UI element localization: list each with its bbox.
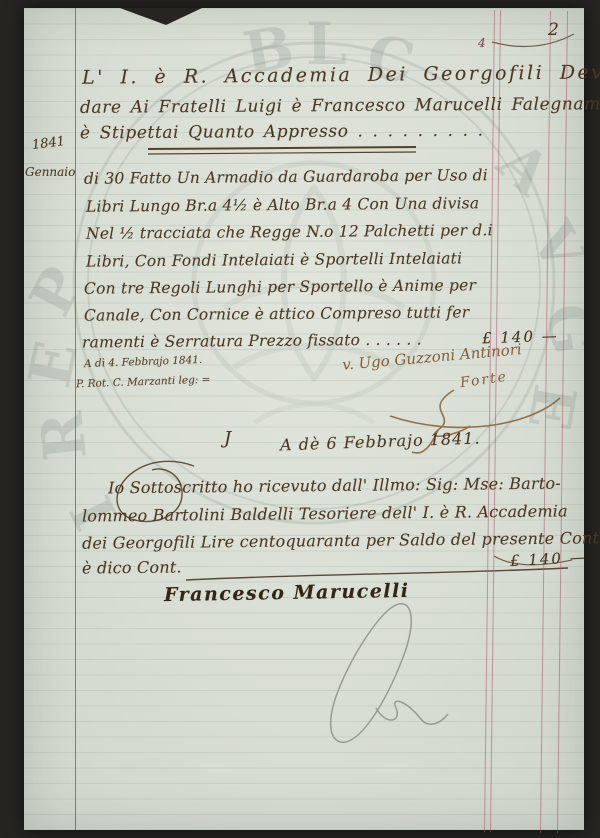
scanned-document: B L C A V G E P E R I: [0, 0, 600, 838]
margin-month: Gennaio: [25, 165, 75, 179]
paragraph-mark: J: [224, 428, 231, 449]
entry-line-4: Libri, Con Fondi Intelaiati è Sportelli …: [86, 249, 462, 270]
entry-line-7: ramenti è Serratura Prezzo fissato . . .…: [82, 331, 422, 352]
corner-mark: 4: [478, 36, 486, 50]
entry-line-3: Nel ½ tracciata che Regge N.o 12 Palchet…: [86, 221, 493, 243]
header-line-3: è Stipettai Quanto Appresso . . . . . . …: [80, 121, 484, 144]
header-line-2: dare Ai Fratelli Luigi è Francesco Maruc…: [80, 94, 600, 118]
entry-line-1: di 30 Fatto Un Armadio da Guardaroba per…: [84, 166, 488, 188]
entry-line-2: Libri Lungo Br.a 4½ è Alto Br.a 4 Con Un…: [86, 194, 479, 215]
page-number: 2: [548, 20, 559, 40]
entry-line-5: Con tre Regoli Lunghi per Sportello è An…: [84, 276, 476, 297]
amount-column-line-4: [557, 11, 568, 833]
payee-signature: Francesco Marucelli: [164, 580, 410, 606]
receipt-line-4: è dico Cont.: [82, 557, 182, 577]
amount-column-line-3: [540, 11, 551, 833]
paper-sheet: B L C A V G E P E R I: [24, 8, 584, 830]
entry-line-6: Canale, Con Cornice è attico Compreso tu…: [84, 303, 469, 324]
amount-column-line-1: [484, 10, 495, 832]
